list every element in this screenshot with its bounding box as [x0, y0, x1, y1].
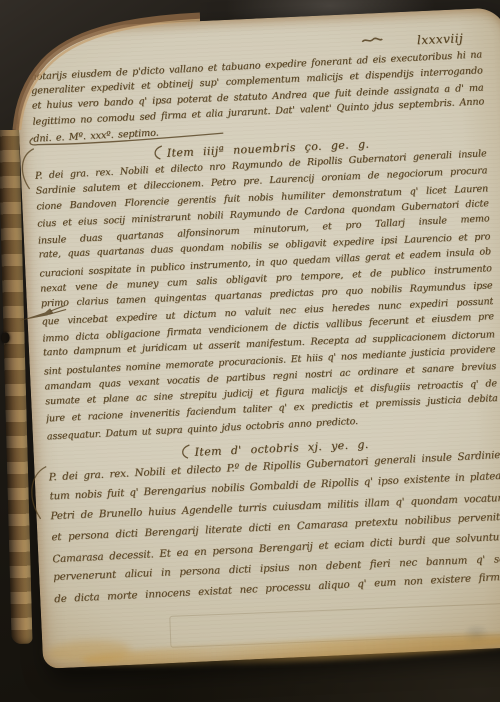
page-content: lxxxviij notarijs eiusdem de p'dicto val…: [29, 16, 500, 610]
wormhole-icon: [1, 332, 9, 343]
manuscript-page: lxxxviij notarijs eiusdem de p'dicto val…: [14, 7, 500, 669]
entry-october-body: P. dei gra. rex. Nobili et dilecto P.º d…: [48, 447, 500, 610]
heading-flourish-icon: [178, 443, 191, 460]
ink-squiggle-icon: [361, 36, 383, 45]
folio-number: lxxxviij: [417, 31, 464, 47]
heading-flourish-icon: [150, 144, 163, 161]
paragraph-flourish-icon: [24, 464, 51, 521]
entry-continuation: notarijs eiusdem de p'dicto vallano et t…: [30, 48, 485, 145]
margin-arrow-icon: [17, 303, 70, 327]
photo-background: lxxxviij notarijs eiusdem de p'dicto val…: [0, 0, 500, 702]
paragraph-flourish-icon: [16, 147, 38, 192]
entry-november-body: P. dei gra. rex. Nobili et dilecto nro R…: [35, 147, 499, 444]
